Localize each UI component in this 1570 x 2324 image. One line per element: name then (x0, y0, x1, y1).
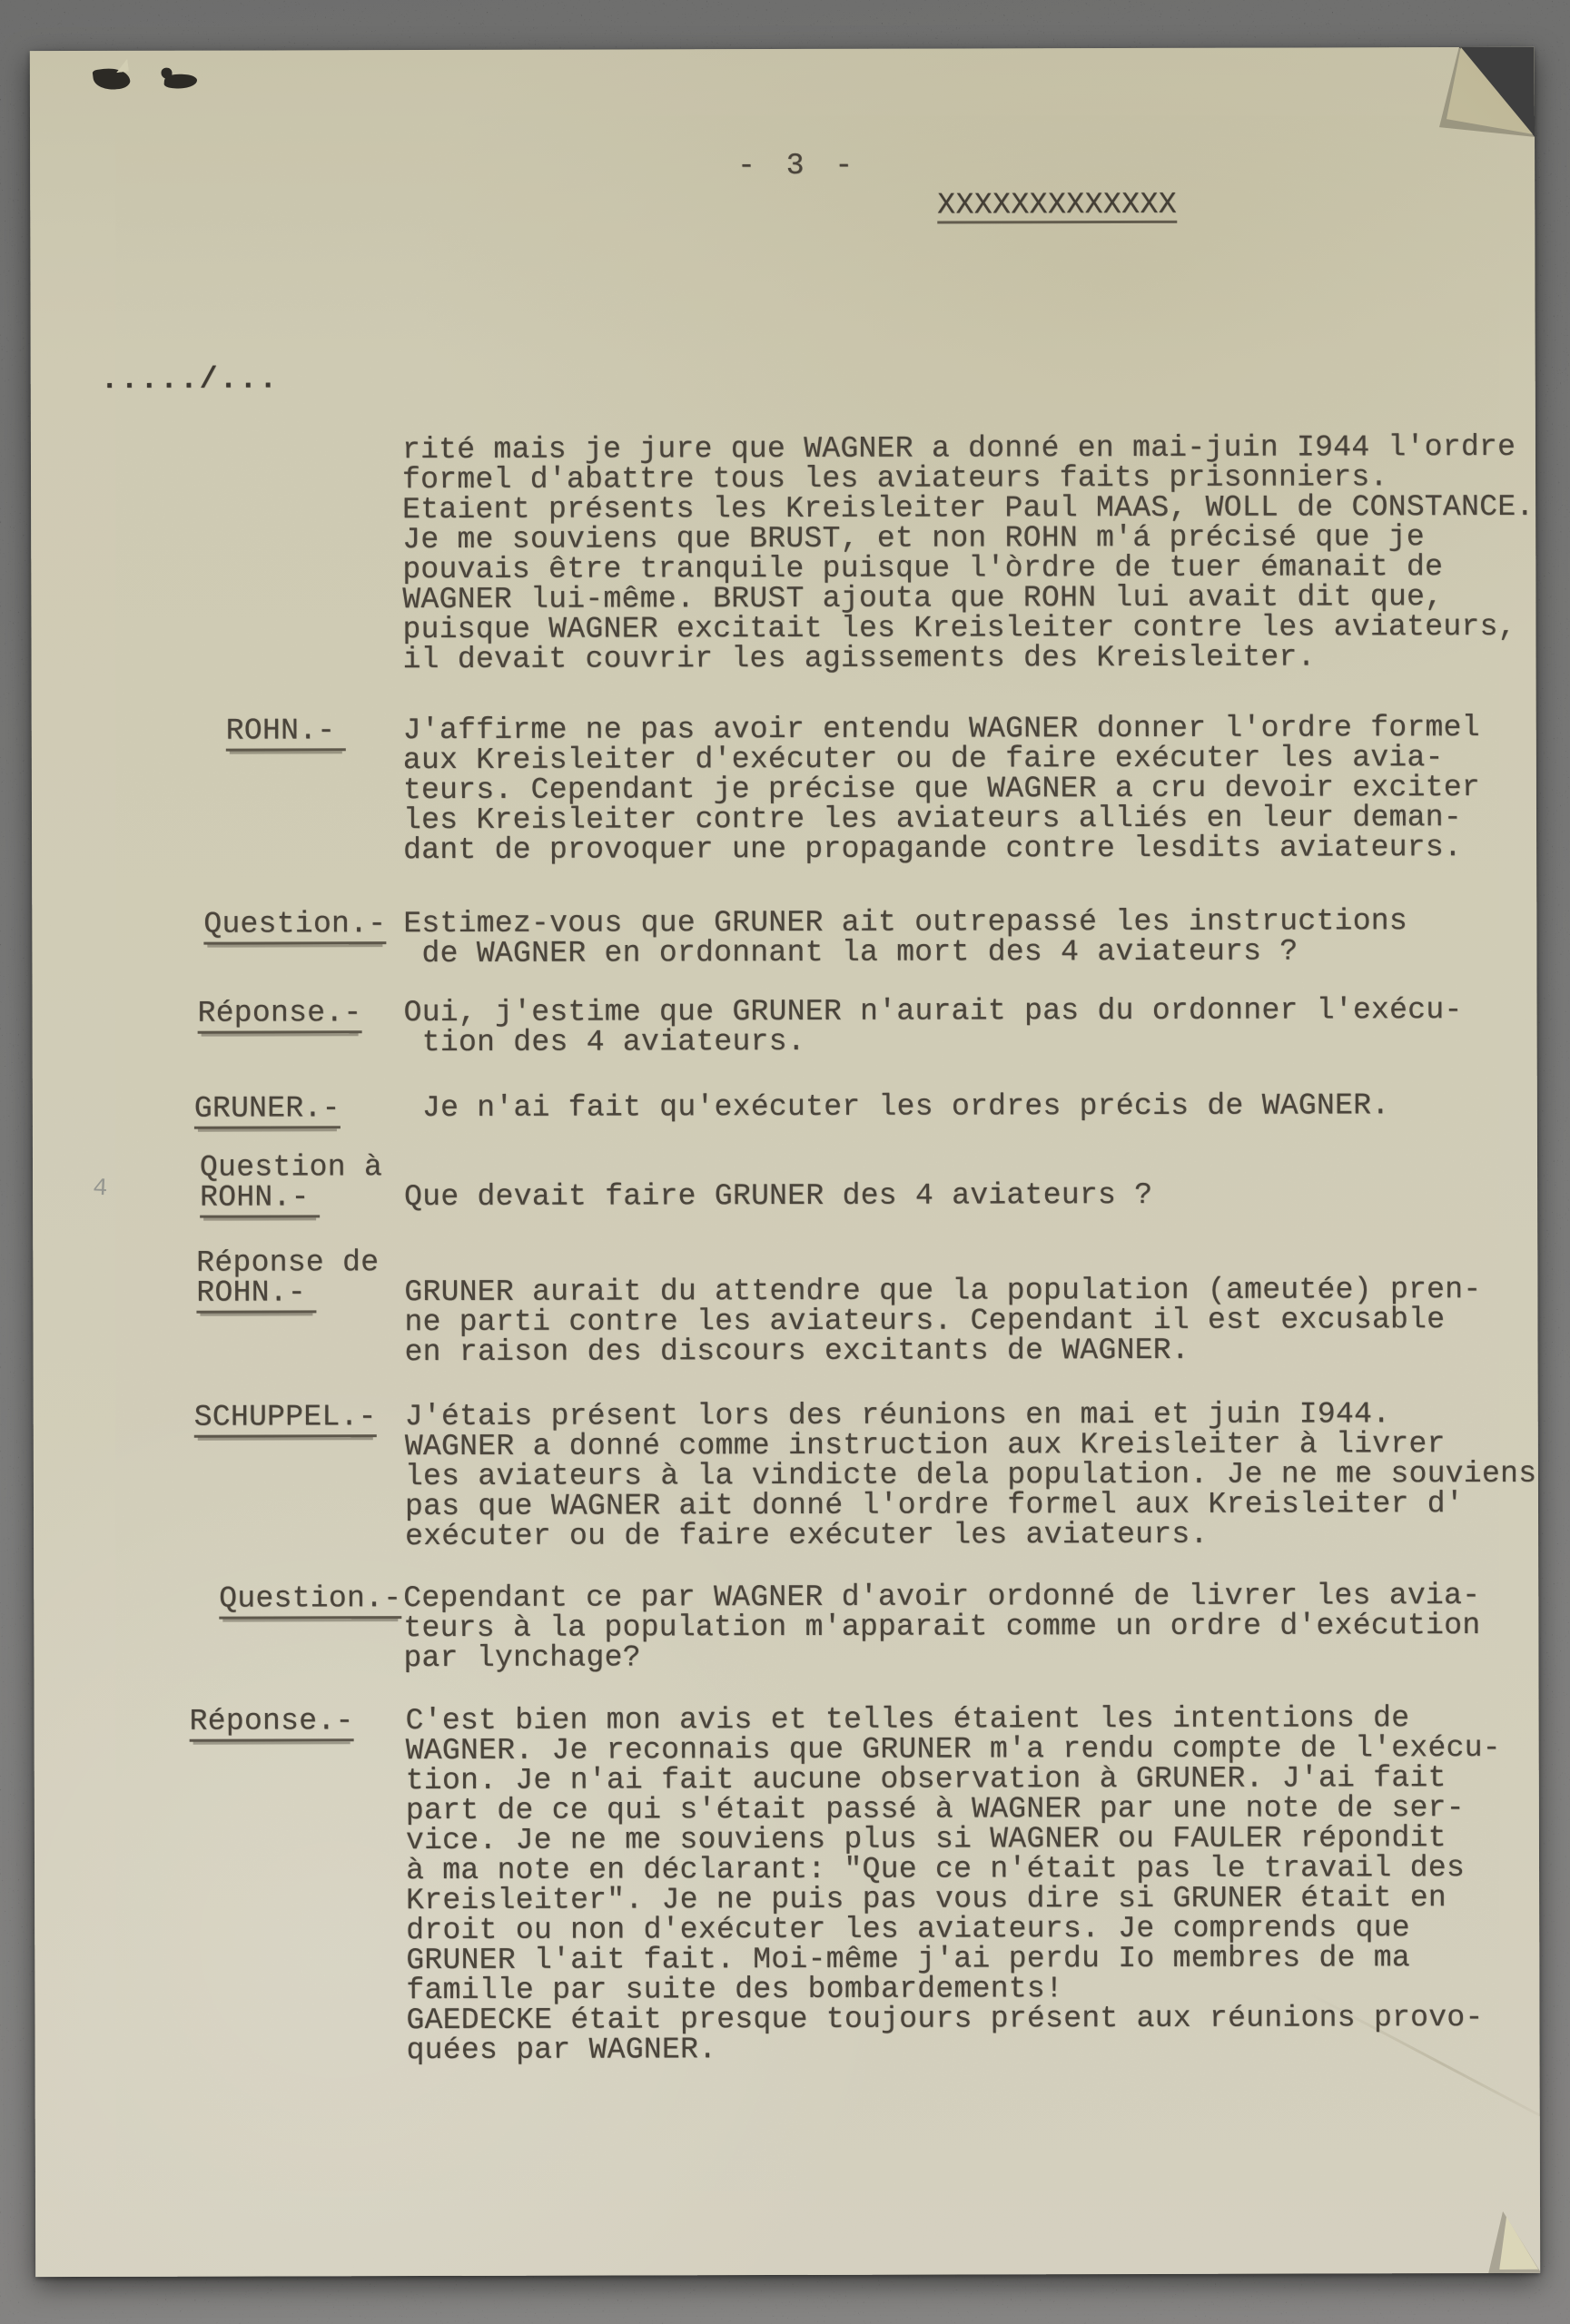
entry-speaker-label: Réponse deROHN.- (196, 1247, 379, 1308)
entry-label-line: Question.- (219, 1583, 401, 1614)
entry-body-text: Oui, j'estime que GRUNER n'aurait pas du… (404, 995, 1463, 1058)
entry-label-line: Réponse.- (198, 998, 362, 1028)
transcript-entry: Réponse.- C'est bien mon avis et telles … (35, 1703, 1539, 1827)
staple-tear-mark (163, 74, 197, 90)
entry-body-text: J'affirme ne pas avoir entendu WAGNER do… (403, 713, 1481, 865)
entry-label-line: Question à (200, 1152, 382, 1183)
entry-speaker-label: GRUNER.- (194, 1093, 341, 1123)
entry-label-line: ROHN.- (196, 1277, 379, 1308)
transcript-entry: SCHUPPEL.- J'étais présent lors des réun… (34, 1399, 1538, 1522)
document-page: - 3 - XXXXXXXXXXXXX ...../... 4 rité mai… (30, 47, 1540, 2277)
entry-body-text: rité mais je jure que WAGNER a donné en … (402, 432, 1535, 675)
entry-speaker-label: Réponse.- (190, 1706, 354, 1736)
entry-body-text: C'est bien mon avis et telles étaient le… (406, 1703, 1502, 2065)
entry-label-line: Réponse de (196, 1247, 379, 1278)
entry-speaker-label: Question.- (203, 909, 386, 940)
transcript-entries: rité mais je jure que WAGNER a donné en … (30, 47, 1535, 51)
entry-speaker-label: Réponse.- (198, 998, 362, 1028)
transcript-entry: rité mais je jure que WAGNER a donné en … (31, 432, 1535, 556)
scanned-document-view: { "page": { "page_number": "- 3 -", "red… (0, 0, 1570, 2324)
redaction-x-row: XXXXXXXXXXXXX (937, 190, 1177, 224)
continuation-dots: ...../... (101, 364, 279, 395)
entry-speaker-label: Question.- (219, 1583, 401, 1614)
entry-body-text: GRUNER aurait du attendre que la populat… (404, 1275, 1481, 1367)
entry-speaker-label: ROHN.- (226, 715, 346, 745)
entry-body-text: Cependant ce par WAGNER d'avoir ordonné … (403, 1581, 1480, 1673)
entry-body-text: Estimez-vous que GRUNER ait outrepassé l… (403, 906, 1407, 969)
transcript-entry: ROHN.- J'affirme ne pas avoir entendu WA… (32, 713, 1536, 836)
entry-label-line: GRUNER.- (194, 1093, 341, 1123)
entry-body-text: Je n'ai fait qu'exécuter les ordres préc… (404, 1090, 1390, 1123)
entry-label-line: Réponse.- (190, 1706, 354, 1736)
entry-speaker-label: Question àROHN.- (200, 1152, 382, 1213)
entry-label-line: ROHN.- (226, 715, 346, 745)
entry-label-line: ROHN.- (200, 1182, 382, 1213)
entry-label-line: Question.- (203, 909, 386, 940)
transcript-entry: Question.- Cependant ce par WAGNER d'avo… (34, 1581, 1538, 1704)
entry-speaker-label: SCHUPPEL.- (194, 1402, 377, 1433)
entry-body-text: Que devait faire GRUNER des 4 aviateurs … (404, 1180, 1152, 1212)
entry-body-text: J'étais présent lors des réunions en mai… (405, 1399, 1537, 1551)
page-number: - 3 - (737, 151, 859, 181)
entry-label-line: SCHUPPEL.- (194, 1402, 377, 1433)
transcript-entry: Réponse deROHN.- GRUNER aurait du attend… (33, 1245, 1537, 1368)
staple-tear-mark (93, 66, 132, 93)
